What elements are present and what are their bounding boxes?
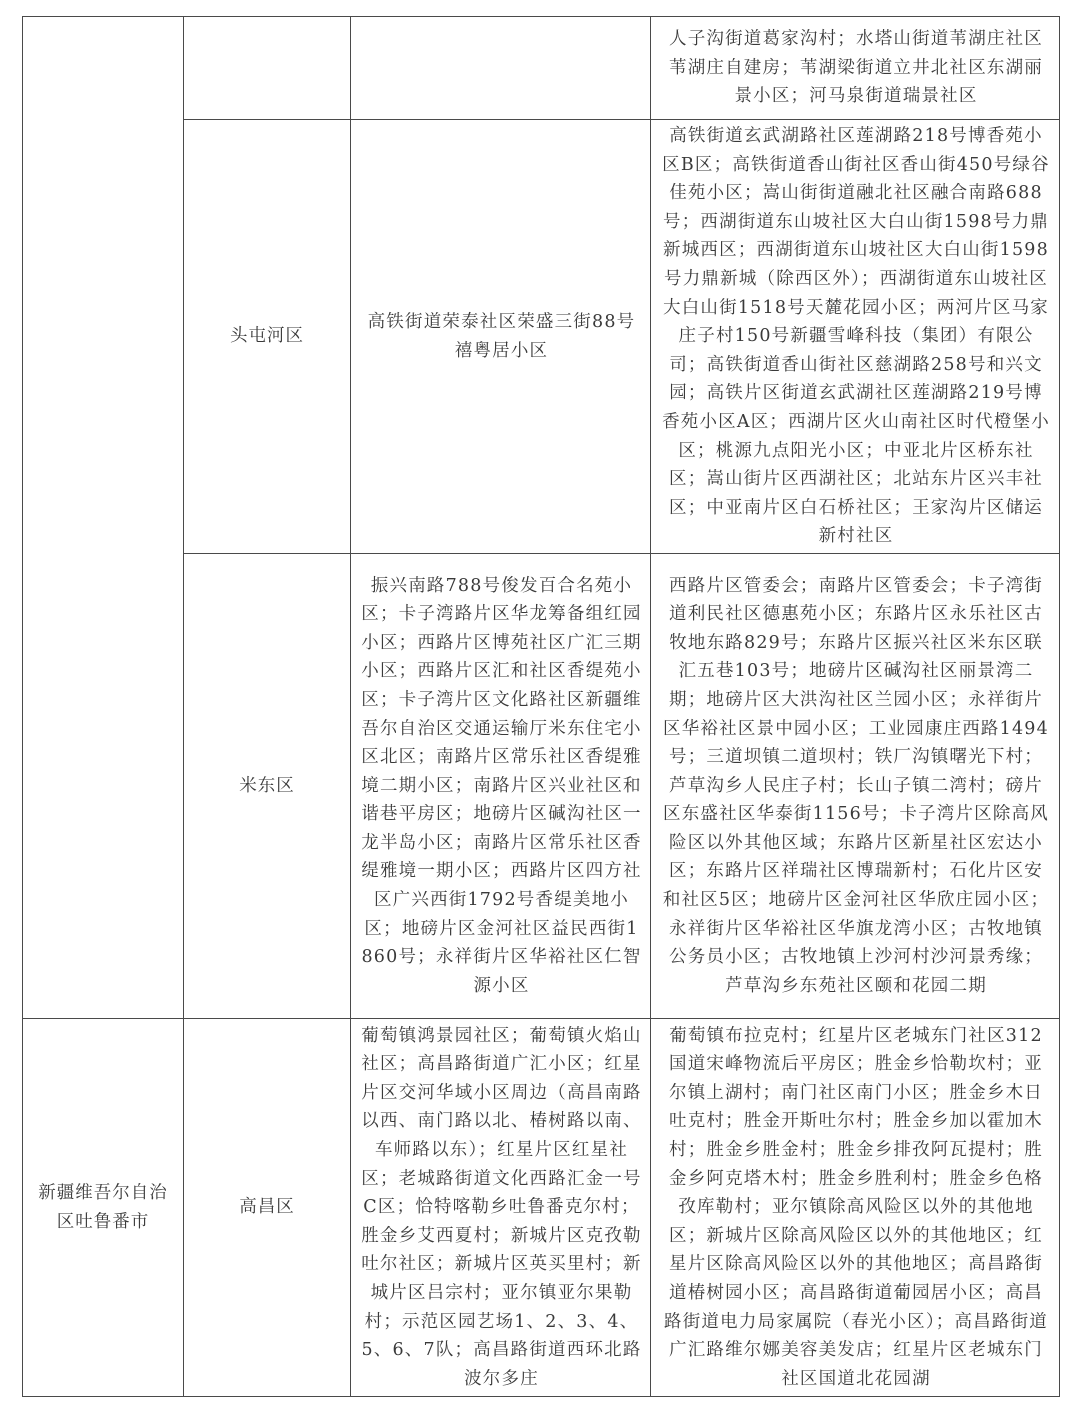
district-cell: 头屯河区 xyxy=(184,120,351,554)
city-cell: 新疆维吾尔自治区吐鲁番市 xyxy=(23,1019,184,1397)
high-risk-areas-cell: 葡萄镇鸿景园社区；葡萄镇火焰山社区；高昌路街道广汇小区；红星片区交河华域小区周边… xyxy=(351,1019,651,1397)
district-cell xyxy=(184,17,351,120)
medium-risk-areas-cell: 葡萄镇布拉克村；红星片区老城东门社区312国道宋峰物流后平房区；胜金乡恰勒坎村；… xyxy=(651,1019,1060,1397)
district-cell: 高昌区 xyxy=(184,1019,351,1397)
medium-risk-areas-cell: 西路片区管委会；南路片区管委会；卡子湾街道利民社区德惠苑小区；东路片区永乐社区古… xyxy=(651,554,1060,1019)
high-risk-areas-cell: 高铁街道荣泰社区荣盛三街88号禧粤居小区 xyxy=(351,120,651,554)
high-risk-areas-cell xyxy=(351,17,651,120)
risk-area-table: 人子沟街道葛家沟村；水塔山街道苇湖庄社区苇湖庄自建房；苇湖梁街道立井北社区东湖丽… xyxy=(22,16,1060,1397)
medium-risk-areas-cell: 高铁街道玄武湖路社区莲湖路218号博香苑小区B区；高铁街道香山街社区香山街450… xyxy=(651,120,1060,554)
medium-risk-areas-cell: 人子沟街道葛家沟村；水塔山街道苇湖庄社区苇湖庄自建房；苇湖梁街道立井北社区东湖丽… xyxy=(651,17,1060,120)
table-row: 新疆维吾尔自治区吐鲁番市 高昌区 葡萄镇鸿景园社区；葡萄镇火焰山社区；高昌路街道… xyxy=(23,1019,1060,1397)
high-risk-areas-cell: 振兴南路788号俊发百合名苑小区；卡子湾路片区华龙筹备组红园小区；西路片区博苑社… xyxy=(351,554,651,1019)
city-cell xyxy=(23,17,184,1019)
district-cell: 米东区 xyxy=(184,554,351,1019)
table-row: 人子沟街道葛家沟村；水塔山街道苇湖庄社区苇湖庄自建房；苇湖梁街道立井北社区东湖丽… xyxy=(23,17,1060,120)
